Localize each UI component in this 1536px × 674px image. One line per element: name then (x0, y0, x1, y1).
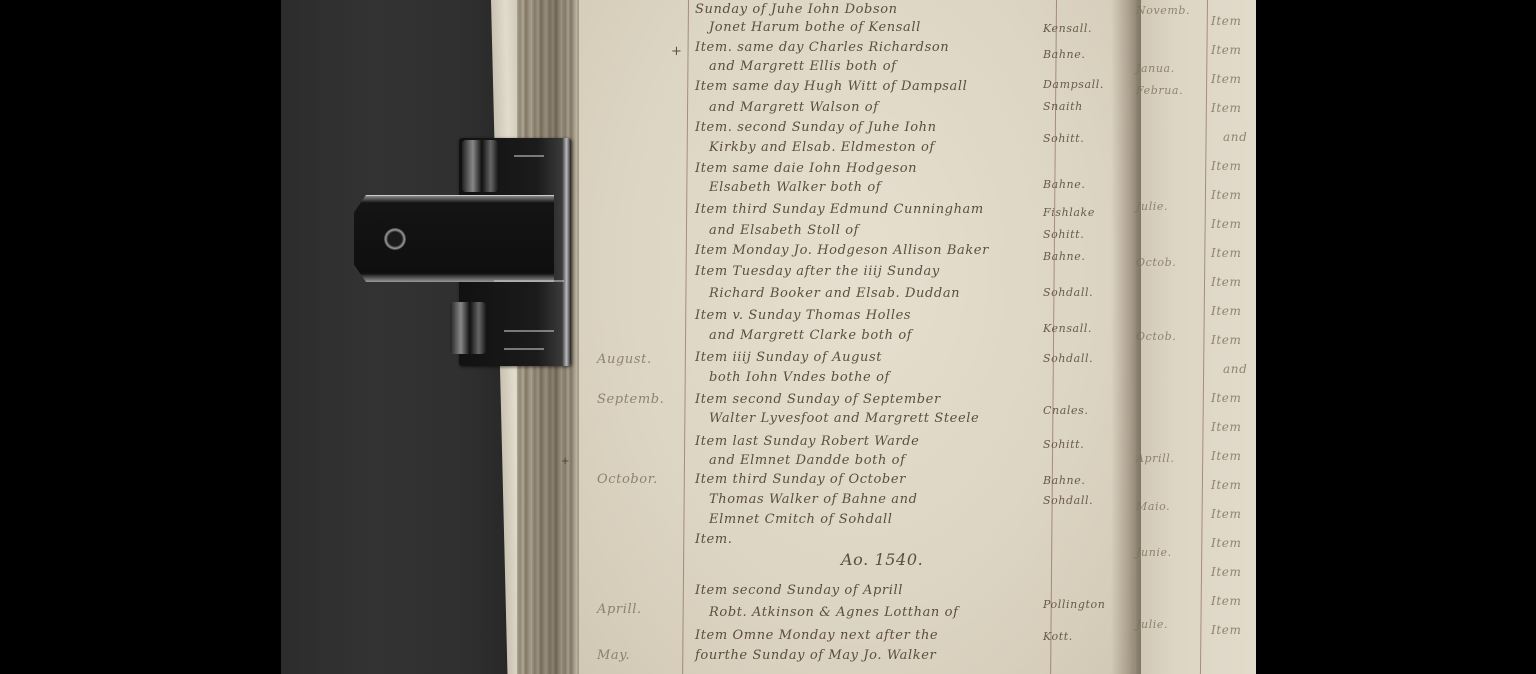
register-entry-line: Item. (695, 532, 733, 547)
register-entry-line: Item last Sunday Robert Warde (695, 434, 919, 449)
register-entry-line: Item v. Sunday Thomas Holles (695, 308, 911, 323)
register-entry-line: Item third Sunday of October (695, 472, 906, 487)
place-name: Bahne. (1043, 474, 1085, 487)
register-entry-line: Item second Sunday of Aprill (695, 583, 903, 598)
place-name: Kensall. (1043, 22, 1092, 35)
margin-month-label: August. (597, 352, 652, 367)
right-leaf-entry: Item (1211, 72, 1241, 86)
register-entry-line: and Elmnet Dandde both of (709, 453, 906, 468)
place-name: Pollington (1043, 598, 1105, 611)
margin-month-label: May. (597, 648, 630, 663)
viewer-background: + + August.Septemb.Octobor.Aprill.May. S… (0, 0, 1536, 674)
place-name: Sohitt. (1043, 228, 1084, 241)
register-entry-line: both Iohn Vndes bothe of (709, 370, 890, 385)
register-entry-line: Item. second Sunday of Juhe Iohn (695, 120, 937, 135)
register-entry-line: Item Omne Monday next after the (695, 628, 938, 643)
right-leaf-entry: Item (1211, 391, 1241, 405)
cross-mark: + (671, 44, 683, 59)
right-leaf-entry: Item (1211, 333, 1241, 347)
right-leaf-entry: Item (1211, 159, 1241, 173)
register-entry-line: Item. same day Charles Richardson (695, 40, 949, 55)
right-leaf-month: Julie. (1136, 618, 1168, 631)
manuscript-photo: + + August.Septemb.Octobor.Aprill.May. S… (281, 0, 1256, 674)
margin-month-label: Octobor. (597, 472, 658, 487)
clip-wear (494, 280, 564, 282)
register-entry-line: Item iiij Sunday of August (695, 350, 882, 365)
register-entry-line: and Margrett Clarke both of (709, 328, 912, 343)
place-name: Dampsall. (1043, 78, 1104, 91)
right-leaf-entry: Item (1211, 275, 1241, 289)
right-leaf-entry: and (1223, 130, 1247, 144)
place-name: Sohitt. (1043, 132, 1084, 145)
register-entry-line: fourthe Sunday of May Jo. Walker (695, 648, 936, 663)
margin-month-label: Septemb. (597, 392, 664, 407)
register-entry-line: Jonet Harum bothe of Kensall (709, 20, 921, 35)
register-entry-line: Sunday of Juhe Iohn Dobson (695, 2, 898, 17)
right-leaf-entry: Item (1211, 478, 1241, 492)
register-entry-line: Kirkby and Elsab. Eldmeston of (709, 140, 935, 155)
place-name: Kensall. (1043, 322, 1092, 335)
right-leaf-entry: Item (1211, 43, 1241, 57)
register-entry-line: Item same day Hugh Witt of Dampsall (695, 79, 967, 94)
clip-wear (504, 348, 544, 350)
place-name: Sohitt. (1043, 438, 1084, 451)
register-entry-line: Item Tuesday after the iiij Sunday (695, 264, 940, 279)
place-name: Bahne. (1043, 48, 1085, 61)
place-name: Cnales. (1043, 404, 1088, 417)
right-leaf-entry: Item (1211, 217, 1241, 231)
right-leaf-month: Novemb. (1136, 4, 1190, 17)
right-leaf-entry: Item (1211, 304, 1241, 318)
binder-clip (354, 130, 599, 370)
place-name: Fishlake (1043, 206, 1095, 219)
year-heading: Ao. 1540. (841, 550, 923, 569)
clip-wear (504, 330, 554, 332)
right-leaf-entry: Item (1211, 14, 1241, 28)
right-leaf-entry: Item (1211, 507, 1241, 521)
cross-mark-gutter: + (561, 456, 570, 467)
clip-hinge-bottom (450, 302, 486, 354)
place-name: Snaith (1043, 100, 1083, 113)
right-leaf-entry: Item (1211, 449, 1241, 463)
place-name: Sohdall. (1043, 494, 1093, 507)
register-entry-line: Item third Sunday Edmund Cunningham (695, 202, 984, 217)
right-leaf-month: Junie. (1136, 546, 1172, 559)
right-leaf-entry: Item (1211, 101, 1241, 115)
right-leaf-entry: Item (1211, 623, 1241, 637)
register-entry-line: Robt. Atkinson & Agnes Lotthan of (709, 605, 958, 620)
clip-wear (514, 155, 544, 157)
register-entry-line: and Elsabeth Stoll of (709, 223, 859, 238)
place-name: Kott. (1043, 630, 1073, 643)
right-leaf-entry: Item (1211, 246, 1241, 260)
register-entry-line: Elmnet Cmitch of Sohdall (709, 512, 893, 527)
place-name: Bahne. (1043, 250, 1085, 263)
right-leaf-month: Februa. (1136, 84, 1183, 97)
right-leaf-month: Julie. (1136, 200, 1168, 213)
register-entry-line: Thomas Walker of Bahne and (709, 492, 918, 507)
register-entry-line: Walter Lyvesfoot and Margrett Steele (709, 411, 979, 426)
register-entry-line: Item Monday Jo. Hodgeson Allison Baker (695, 243, 989, 258)
register-entry-line: Item same daie Iohn Hodgeson (695, 161, 917, 176)
right-leaf-entry: and (1223, 362, 1247, 376)
register-entry-line: and Margrett Walson of (709, 100, 879, 115)
right-leaf-month: Janua. (1136, 62, 1175, 75)
register-entry-line: Elsabeth Walker both of (709, 180, 881, 195)
right-leaf-month: Aprill. (1136, 452, 1175, 465)
register-entry-line: and Margrett Ellis both of (709, 59, 897, 74)
clip-hinge-top (462, 140, 498, 192)
register-entry-line: Richard Booker and Elsab. Duddan (709, 286, 960, 301)
place-name: Sohdall. (1043, 286, 1093, 299)
right-leaf-entry: Item (1211, 188, 1241, 202)
right-leaf-month: Maio. (1136, 500, 1170, 513)
right-leaf-entry: Item (1211, 536, 1241, 550)
place-name: Sohdall. (1043, 352, 1093, 365)
register-entry-line: Item second Sunday of September (695, 392, 941, 407)
clip-hole (384, 228, 406, 250)
right-leaf-month: Octob. (1136, 256, 1176, 269)
margin-month-label: Aprill. (597, 602, 642, 617)
right-leaf-entry: Item (1211, 594, 1241, 608)
right-leaf-entry: Item (1211, 565, 1241, 579)
place-name: Bahne. (1043, 178, 1085, 191)
right-leaf-entry: Item (1211, 420, 1241, 434)
right-leaf-month: Octob. (1136, 330, 1176, 343)
